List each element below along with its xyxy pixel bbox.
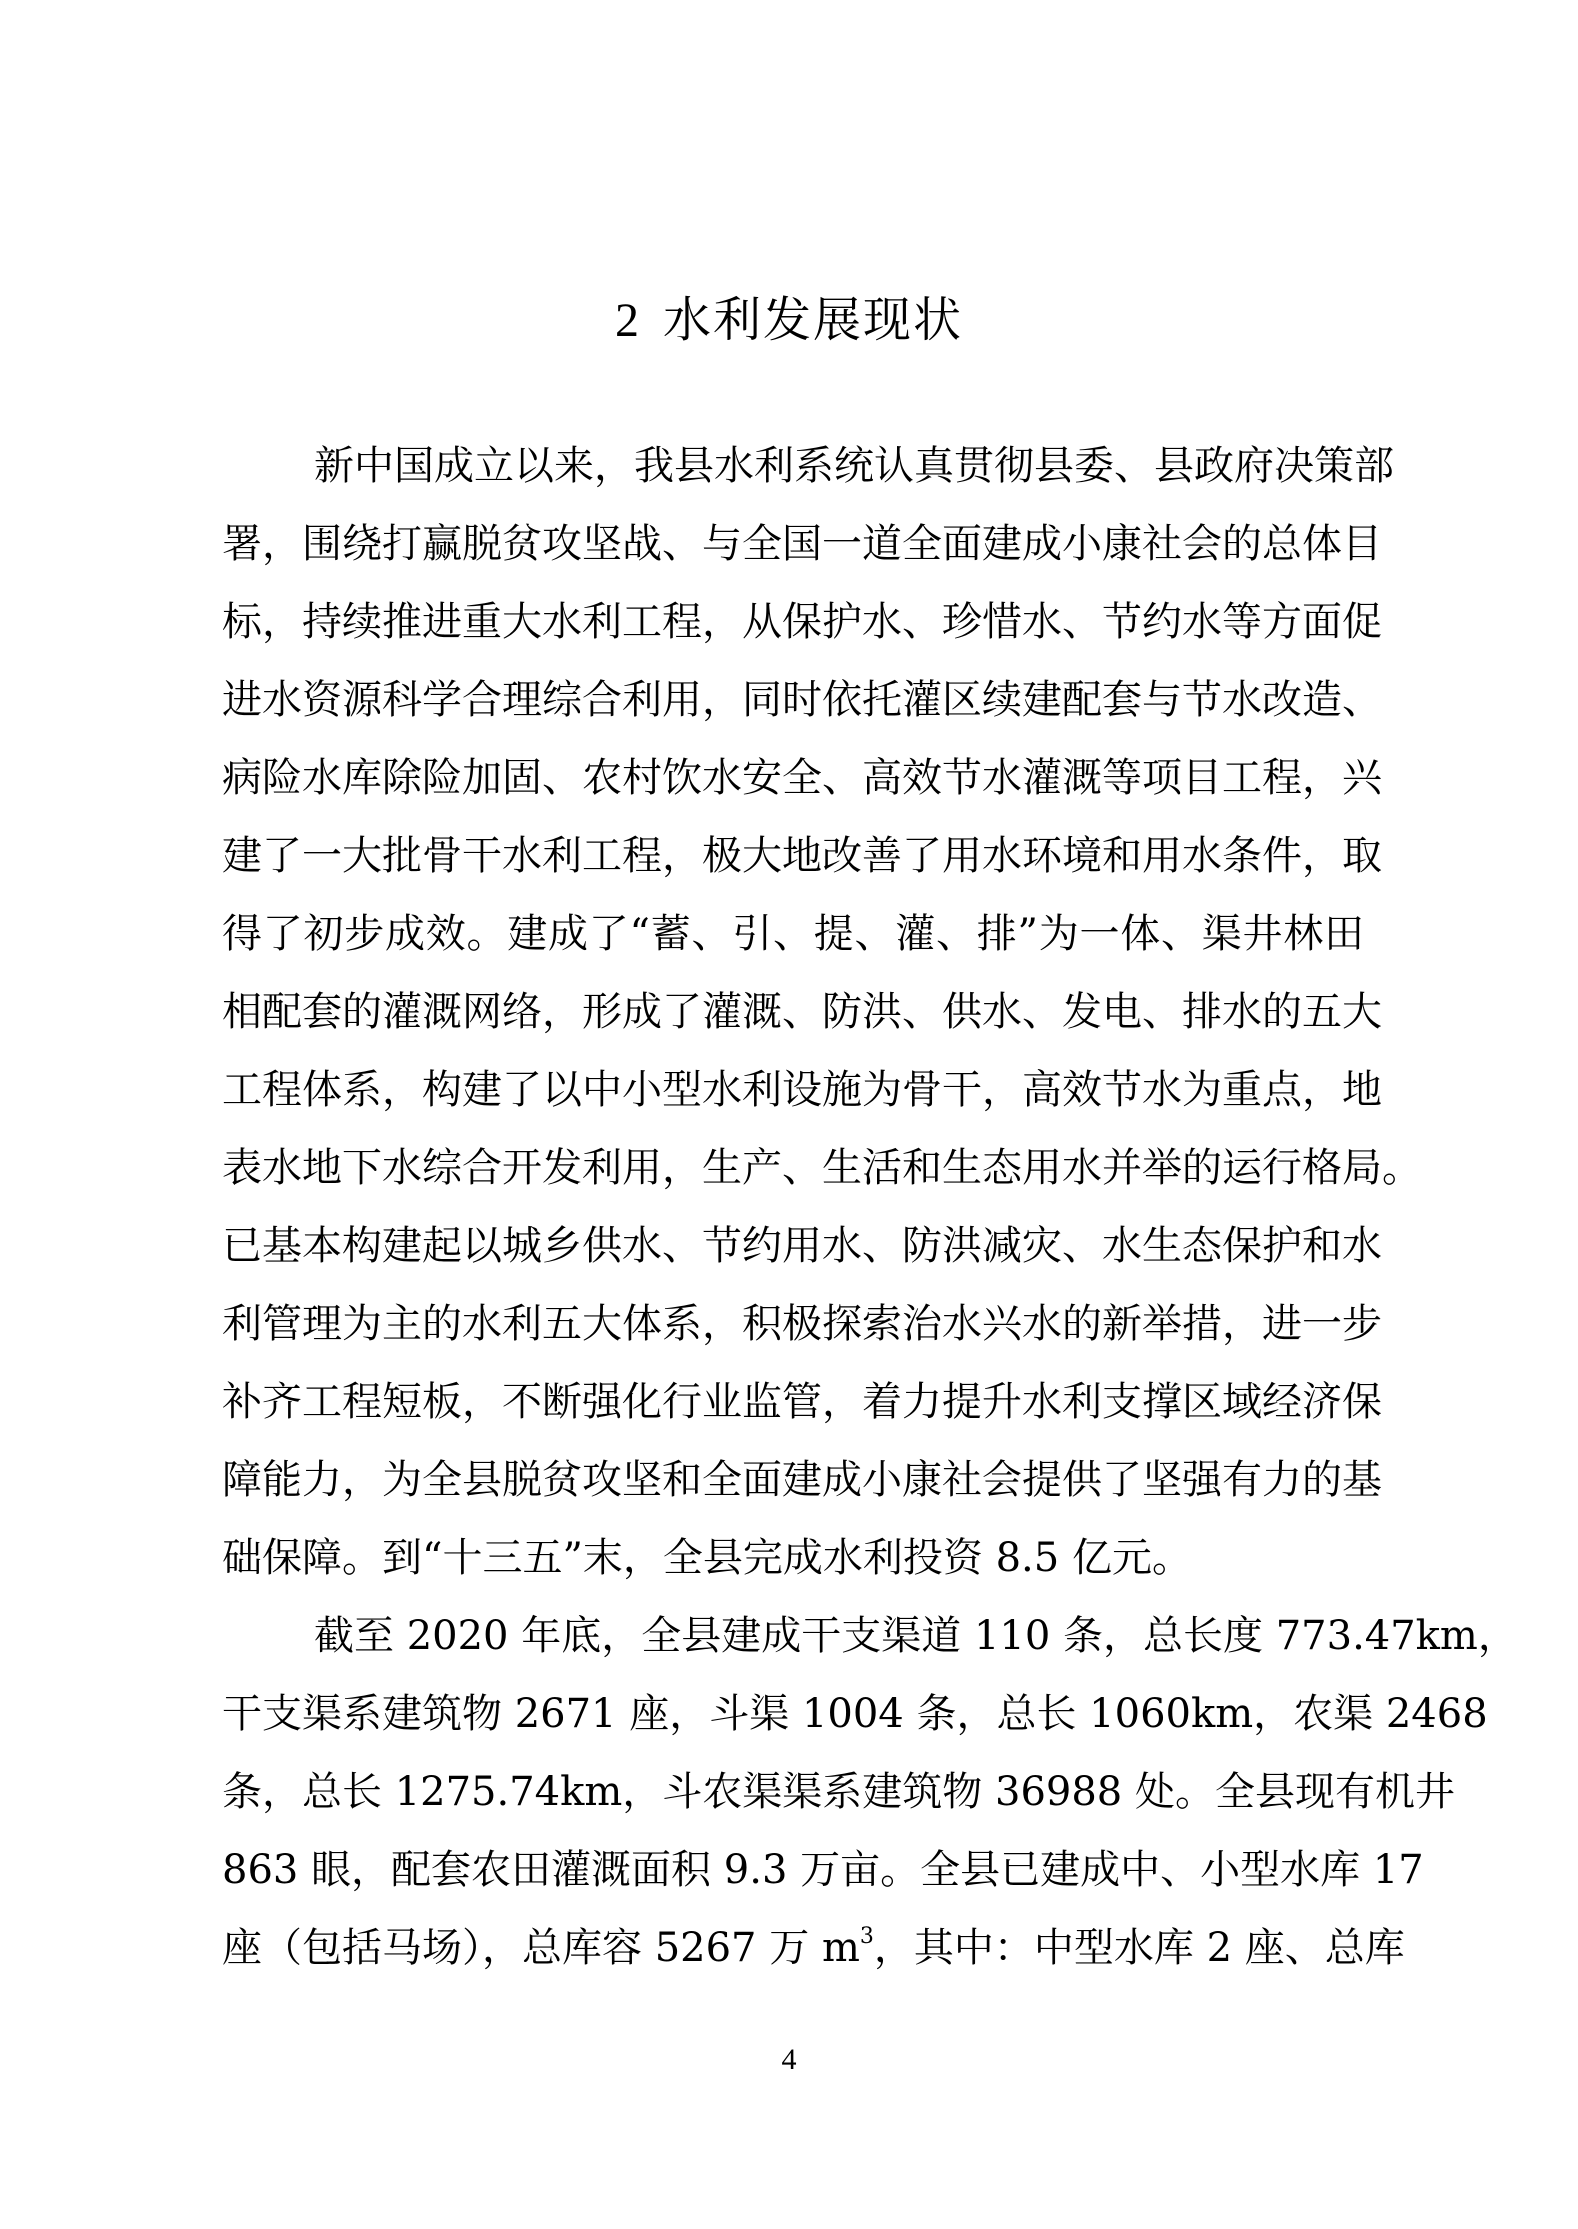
text-line: 截至 2020 年底，全县建成干支渠道 110 条，总长度 773.47km， bbox=[222, 1597, 1364, 1675]
superscript: 3 bbox=[860, 1924, 874, 1949]
text-line: 补齐工程短板，不断强化行业监管，着力提升水利支撑区域经济保 bbox=[222, 1363, 1364, 1441]
paragraph-1: 新中国成立以来，我县水利系统认真贯彻县委、县政府决策部 署，围绕打赢脱贫攻坚战、… bbox=[222, 427, 1364, 1597]
text-line: 条，总长 1275.74km，斗农渠渠系建筑物 36988 处。全县现有机井 bbox=[222, 1753, 1364, 1831]
text-line: 得了初步成效。建成了“蓄、引、提、灌、排”为一体、渠井林田 bbox=[222, 895, 1364, 973]
text-line: 863 眼，配套农田灌溉面积 9.3 万亩。全县已建成中、小型水库 17 bbox=[222, 1831, 1364, 1909]
text-line: 表水地下水综合开发利用，生产、生活和生态用水并举的运行格局。 bbox=[222, 1129, 1364, 1207]
text-line: 新中国成立以来，我县水利系统认真贯彻县委、县政府决策部 bbox=[222, 427, 1364, 505]
section-title-text: 水利发展现状 bbox=[663, 292, 963, 348]
text-line: 标，持续推进重大水利工程，从保护水、珍惜水、节约水等方面促 bbox=[222, 583, 1364, 661]
text-line: 相配套的灌溉网络，形成了灌溉、防洪、供水、发电、排水的五大 bbox=[222, 973, 1364, 1051]
paragraph-2: 截至 2020 年底，全县建成干支渠道 110 条，总长度 773.47km， … bbox=[222, 1597, 1364, 1987]
text-line: 障能力，为全县脱贫攻坚和全面建成小康社会提供了坚强有力的基 bbox=[222, 1441, 1364, 1519]
text-line: 已基本构建起以城乡供水、节约用水、防洪减灾、水生态保护和水 bbox=[222, 1207, 1364, 1285]
text-fragment: ，其中：中型水库 2 座、总库 bbox=[874, 1925, 1405, 1971]
page-number: 4 bbox=[0, 2040, 1578, 2080]
section-number: 2 bbox=[615, 294, 641, 347]
text-line: 工程体系，构建了以中小型水利设施为骨干，高效节水为重点，地 bbox=[222, 1051, 1364, 1129]
text-line: 署，围绕打赢脱贫攻坚战、与全国一道全面建成小康社会的总体目 bbox=[222, 505, 1364, 583]
text-line: 病险水库除险加固、农村饮水安全、高效节水灌溉等项目工程，兴 bbox=[222, 739, 1364, 817]
document-page: 2水利发展现状 新中国成立以来，我县水利系统认真贯彻县委、县政府决策部 署，围绕… bbox=[0, 0, 1578, 2229]
text-fragment: 座（包括马场），总库容 5267 万 m bbox=[222, 1925, 860, 1971]
text-line: 利管理为主的水利五大体系，积极探索治水兴水的新举措，进一步 bbox=[222, 1285, 1364, 1363]
text-line: 建了一大批骨干水利工程，极大地改善了用水环境和用水条件，取 bbox=[222, 817, 1364, 895]
text-line: 进水资源科学合理综合利用，同时依托灌区续建配套与节水改造、 bbox=[222, 661, 1364, 739]
body-text: 新中国成立以来，我县水利系统认真贯彻县委、县政府决策部 署，围绕打赢脱贫攻坚战、… bbox=[222, 427, 1364, 1987]
text-line: 干支渠系建筑物 2671 座，斗渠 1004 条，总长 1060km，农渠 24… bbox=[222, 1675, 1364, 1753]
text-line: 础保障。到“十三五”末，全县完成水利投资 8.5 亿元。 bbox=[222, 1519, 1364, 1597]
section-title: 2水利发展现状 bbox=[0, 288, 1578, 353]
text-line-with-superscript: 座（包括马场），总库容 5267 万 m3，其中：中型水库 2 座、总库 bbox=[222, 1909, 1364, 1987]
